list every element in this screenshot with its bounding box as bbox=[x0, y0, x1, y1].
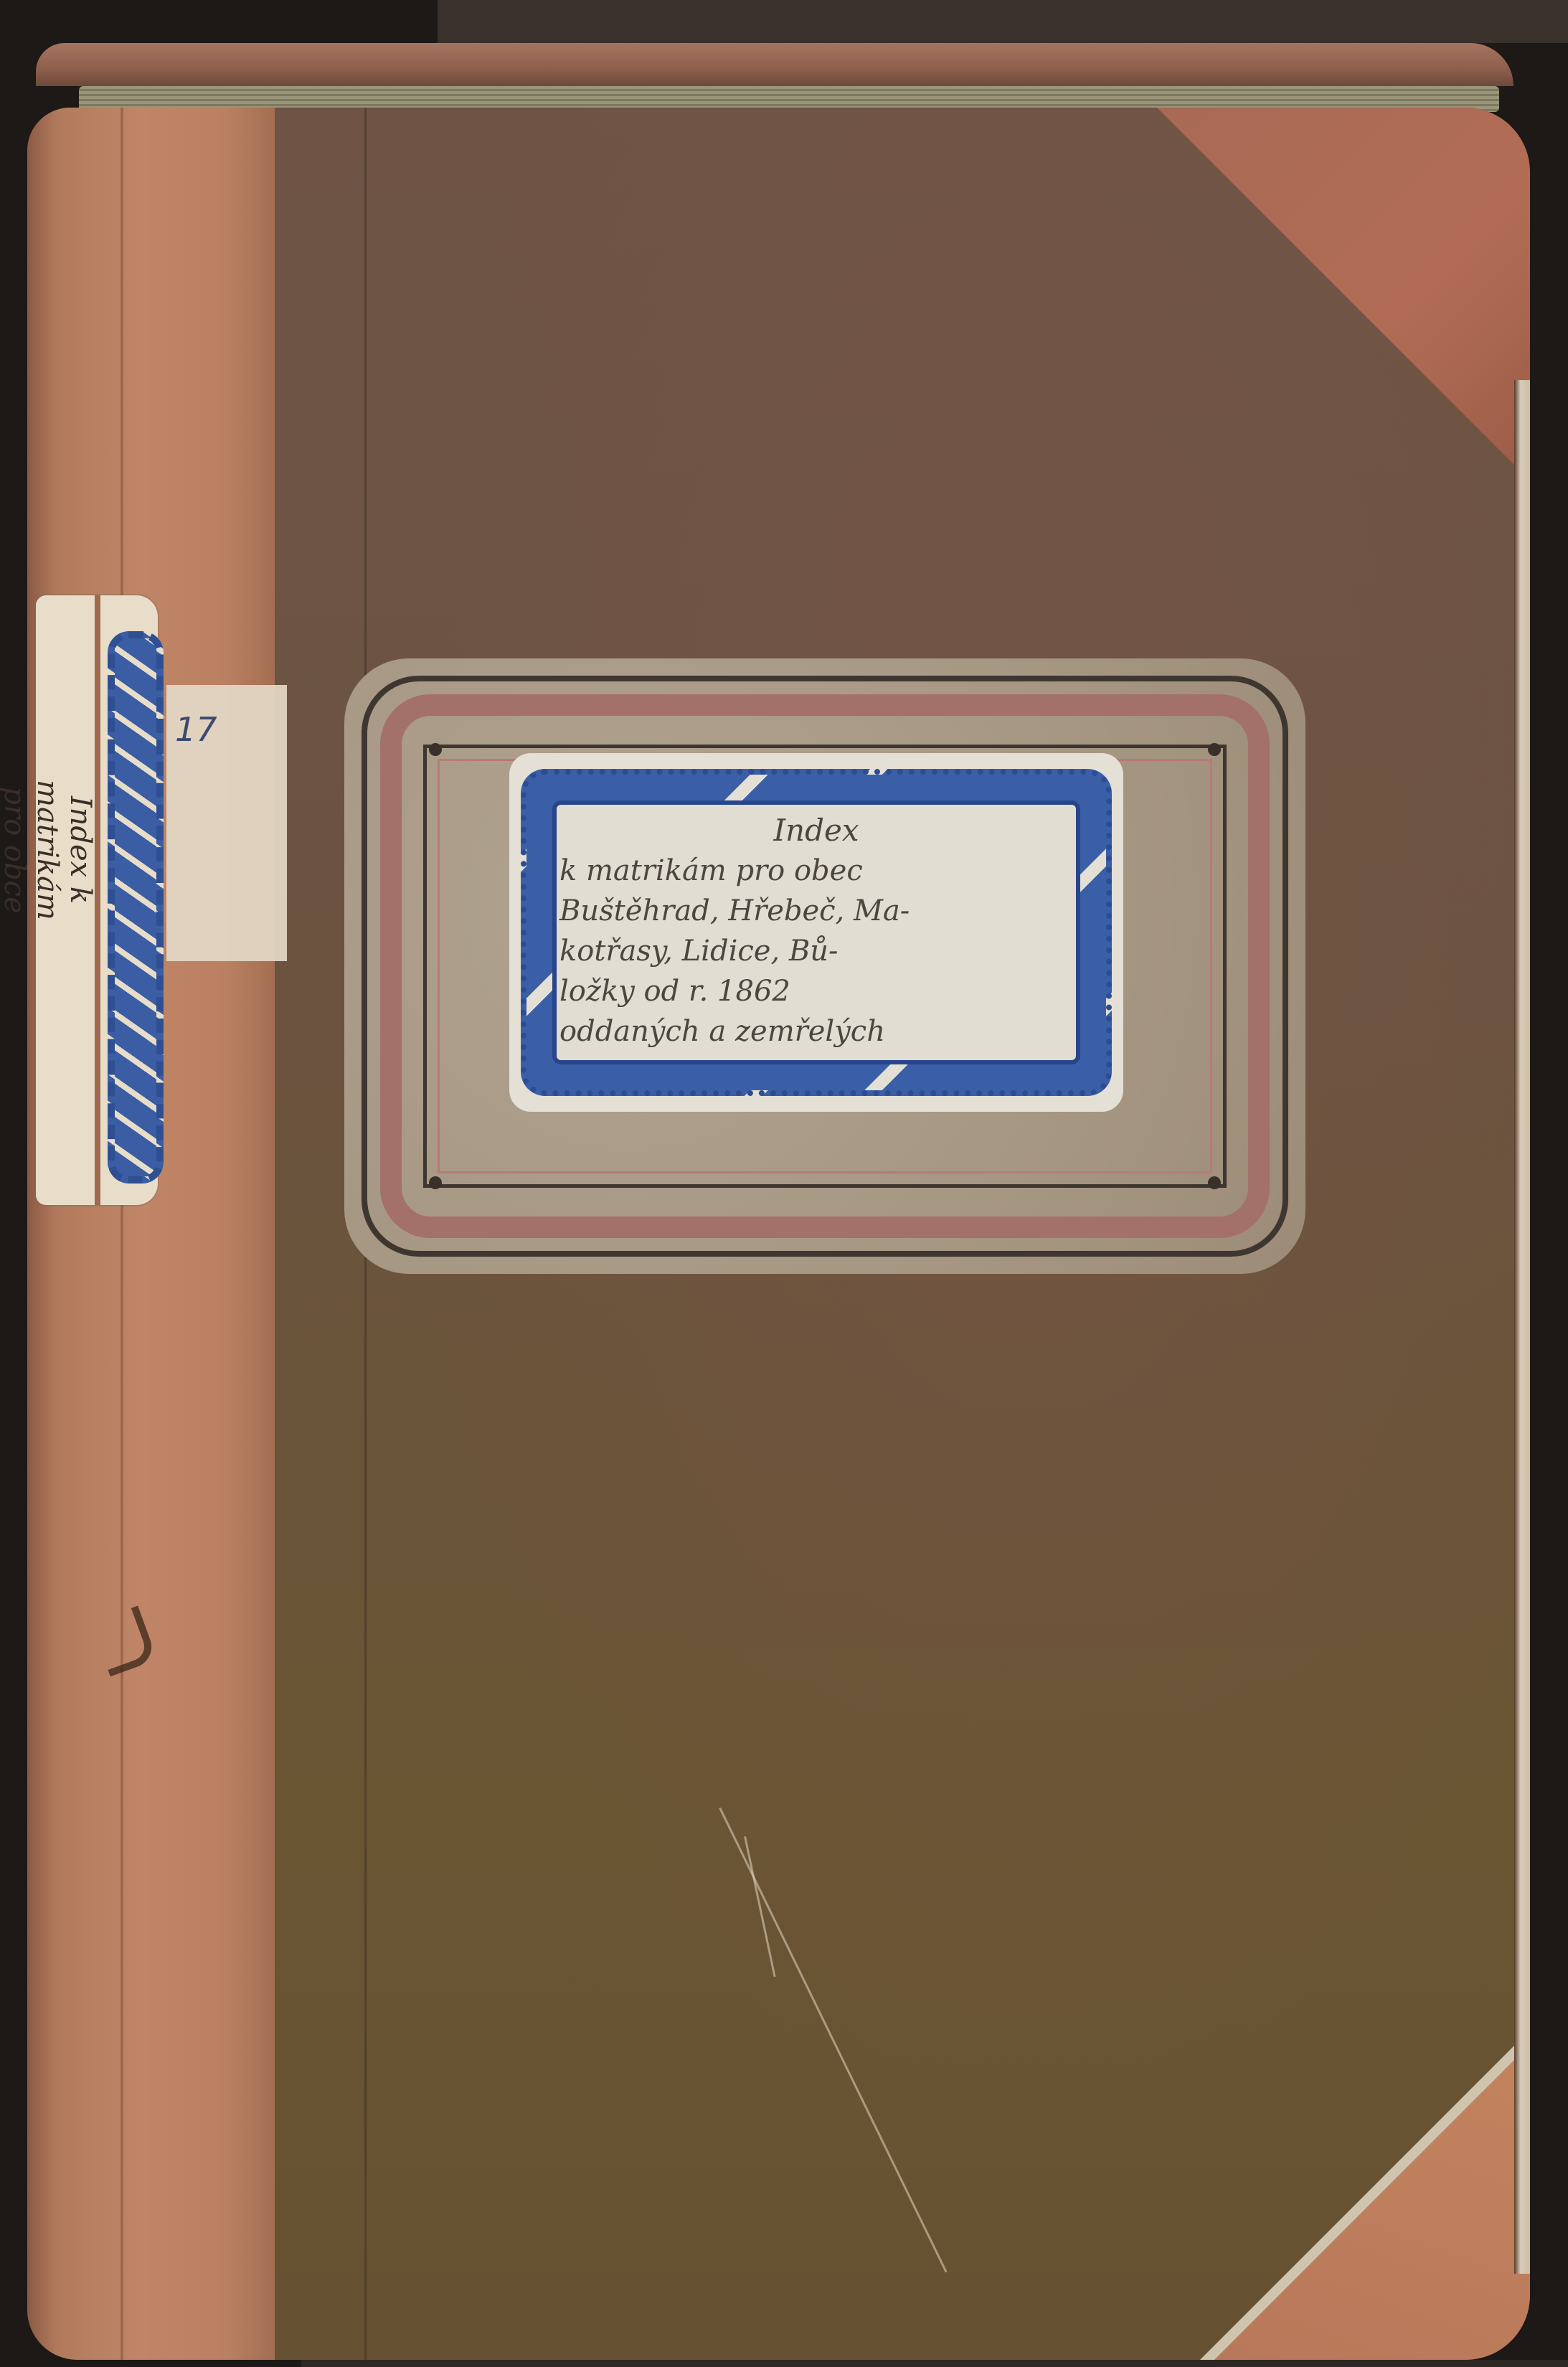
spine-hinge bbox=[121, 108, 123, 2360]
volume-number: 17 bbox=[175, 710, 217, 749]
spine-label: Index k matrikám pro obce bbox=[36, 595, 158, 1205]
label-line: kotřasy, Lidice, Bů- bbox=[559, 931, 1073, 971]
spine-ink-stain bbox=[90, 1605, 157, 1676]
screw-icon bbox=[1208, 743, 1221, 756]
label-handwriting: Index k matrikám pro obec Buštěhrad, Hře… bbox=[559, 811, 1073, 1054]
label-line: Buštěhrad, Hřebeč, Ma- bbox=[559, 891, 1073, 931]
screw-icon bbox=[429, 743, 442, 756]
corner-leather-bottom-right bbox=[1214, 2044, 1530, 2360]
label-line: ložky od r. 1862 bbox=[559, 971, 1073, 1011]
screw-icon bbox=[1208, 1176, 1221, 1189]
paper-label: Index k matrikám pro obec Buštěhrad, Hře… bbox=[509, 753, 1123, 1112]
spine-label-ornament bbox=[108, 631, 164, 1183]
label-line: oddaných a zemřelých bbox=[559, 1011, 1073, 1052]
label-title: Index bbox=[559, 811, 1073, 851]
background-panel-bottom bbox=[301, 2360, 1568, 2367]
spine-label-text: Index k matrikám pro obce bbox=[61, 757, 97, 943]
label-line: k matrikám pro obec bbox=[559, 851, 1073, 891]
screw-icon bbox=[429, 1176, 442, 1189]
book-head-cap bbox=[36, 43, 1513, 86]
fore-edge-pages bbox=[1514, 380, 1530, 2274]
background-panel bbox=[438, 0, 1568, 43]
corner-leather-top-right bbox=[1157, 108, 1530, 481]
spine bbox=[27, 108, 275, 2360]
